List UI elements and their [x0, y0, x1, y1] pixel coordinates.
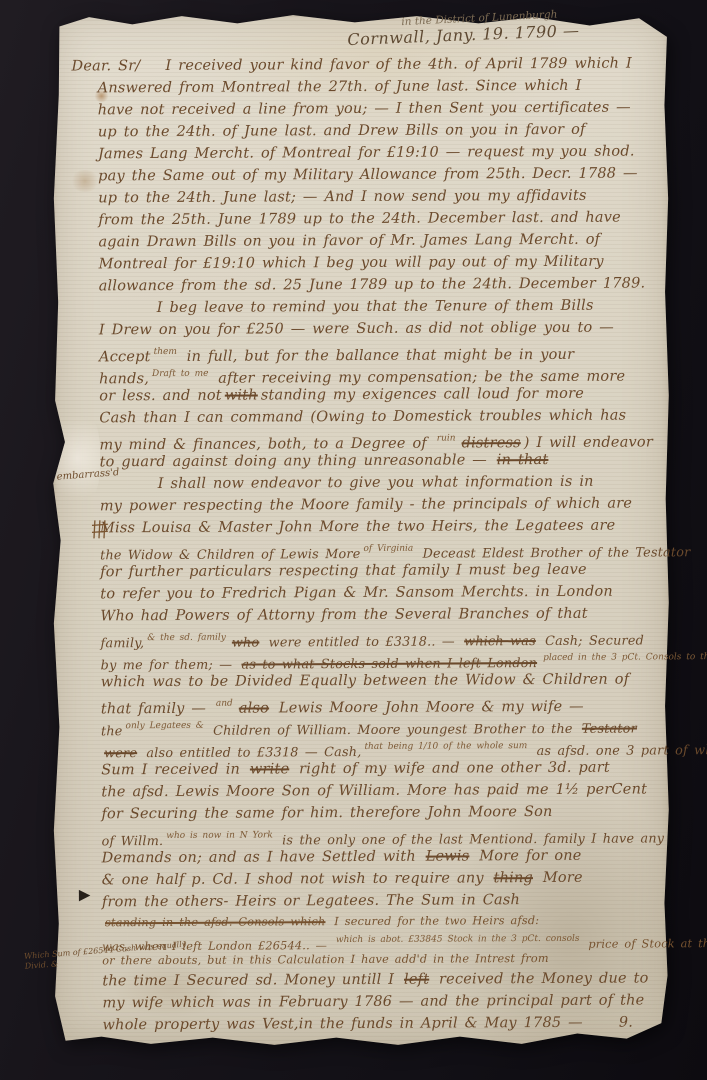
letter-line: or less. and notwithstanding my exigence…: [99, 382, 684, 407]
letter-line: again Drawn Bills on you in favor of Mr.…: [98, 228, 683, 253]
letter-line: from the others- Heirs or Legatees. The …: [102, 888, 687, 913]
letter-line: hands,Draft to me after receiving my com…: [99, 360, 684, 385]
letter-text: & one half p. Cd. I shod not wish to req…: [102, 870, 491, 888]
letter-line: Sum I received in write right of my wife…: [101, 756, 686, 781]
interlined-text: who is now in N York: [166, 830, 273, 841]
letter-text: for further particulars respecting that …: [100, 562, 587, 581]
letter-text: the afsd. Lewis Moore Son of William. Mo…: [101, 781, 647, 800]
letter-line: for further particulars respecting that …: [100, 558, 685, 583]
letter-line: Miss Louisa & Master John More the two H…: [100, 514, 685, 539]
letter-line: my wife which was in February 1786 — and…: [102, 989, 687, 1014]
letter-line: Answered from Montreal the 27th. of June…: [98, 74, 683, 99]
letter-text: again Drawn Bills on you in favor of Mr.…: [98, 232, 600, 251]
letter-text: from the others- Heirs or Legatees. The …: [102, 892, 520, 910]
letter-text: Montreal for £19:10 which I beg you will…: [99, 254, 604, 273]
triangle-marker-icon: ▶: [79, 885, 91, 903]
letter-text: More: [536, 870, 583, 886]
struck-text: Lewis: [426, 848, 470, 864]
letter-line: Montreal for £19:10 which I beg you will…: [98, 250, 683, 275]
letter-text: Who had Powers of Attorny from the Sever…: [100, 606, 587, 625]
letter-line: Acceptthem in full, but for the ballance…: [99, 338, 684, 363]
letter-text: James Lang Mercht. of Montreal for £19:1…: [98, 144, 635, 163]
letter-line: the time I Secured sd. Money untill I le…: [102, 967, 687, 992]
letter-text: I shall now endeavor to give you what in…: [158, 474, 594, 492]
letter-text: received the Money due to: [432, 970, 648, 987]
letter-text: standing my exigences call loud for more: [261, 386, 584, 404]
letter-line: my mind & finances, both, to a Degree of…: [99, 426, 684, 451]
letter-line: allowance from the sd. 25 June 1789 up t…: [99, 272, 684, 297]
letter-line: James Lang Mercht. of Montreal for £19:1…: [98, 140, 683, 165]
handwriting-layer: in the District of Lunenburgh Cornwall, …: [0, 0, 707, 1080]
struck-text: left: [404, 972, 429, 988]
interlined-text: & the sd. family: [147, 633, 226, 643]
interlined-text: Draft to me: [152, 369, 209, 379]
letter-line: which was to be Divided Equally between …: [101, 668, 686, 693]
letter-line: Cash than I can command (Owing to Domest…: [99, 404, 684, 429]
letter-line: up to the 24th. June last; — And I now s…: [98, 184, 683, 209]
struck-text: in that: [497, 452, 549, 468]
letter-text: from the 25th. June 1789 up to the 24th.…: [98, 210, 621, 229]
interlined-text: them: [154, 347, 177, 357]
interlined-text: which is abot. £33845 Stock in the 3 pCt…: [336, 934, 580, 945]
letter-text: I Drew on you for £250 — were Such. as d…: [99, 320, 614, 339]
letter-text: Answered from Montreal the 27th. of June…: [98, 78, 582, 97]
letter-text: to guard against doing any thing unreaso…: [100, 452, 494, 470]
struck-text: thing: [494, 870, 534, 886]
letter-text: I received your kind favor of the 4th. o…: [165, 56, 631, 74]
interlined-text: and: [216, 699, 233, 709]
letter-line: theonly Legatees & Children of William. …: [101, 712, 686, 737]
letter-line: I shall now endeavor to give you what in…: [100, 470, 685, 495]
letter-lines: Dear. Sr/I received your kind favor of t…: [97, 52, 687, 1036]
interlined-text: only Legatees &: [126, 721, 204, 731]
letter-text: 9.: [619, 1015, 633, 1031]
letter-line: were also entitled to £3318 — Cash,that …: [101, 734, 686, 759]
letter-text: my wife which was in February 1786 — and…: [102, 992, 644, 1011]
letter-text: right of my wife and one other 3d. part: [292, 760, 610, 778]
letter-line: up to the 24th. of June last. and Drew B…: [98, 118, 683, 143]
interlined-text: that being 1/10 of the whole sum: [364, 741, 527, 752]
letter-text: I beg leave to remind you that the Tenur…: [157, 298, 594, 316]
letter-text: Miss Louisa & Master John More the two H…: [100, 518, 615, 537]
struck-text: standing in the afsd. Consols which: [105, 915, 326, 929]
letter-line: whole property was Vest,in the funds in …: [102, 1011, 687, 1036]
letter-line: of Willm.who is now in N York is the onl…: [101, 822, 686, 847]
letter-line: from the 25th. June 1789 up to the 24th.…: [98, 206, 683, 231]
letter-line: pay the Same out of my Military Allowanc…: [98, 162, 683, 187]
letter-text: the time I Secured sd. Money untill I: [102, 972, 401, 990]
letter-text: whole property was Vest,in the funds in …: [102, 1015, 582, 1034]
letter-text: I secured for the two Heirs afsd:: [328, 914, 539, 928]
letter-text: for Securing the same for him. therefore…: [101, 804, 552, 822]
letter-text: my power respecting the Moore family - t…: [100, 496, 632, 515]
letter-line: Who had Powers of Attorny from the Sever…: [100, 602, 685, 627]
letter-text: up to the 24th. June last; — And I now s…: [98, 188, 587, 207]
interlined-text: ruin: [437, 433, 456, 443]
letter-text: Cash than I can command (Owing to Domest…: [99, 408, 626, 427]
letter-line: I beg leave to remind you that the Tenur…: [99, 294, 684, 319]
letter-line: for Securing the same for him. therefore…: [101, 800, 686, 825]
letter-line: my power respecting the Moore family - t…: [100, 492, 685, 517]
letter-text: Demands on; and as I have Settled with: [102, 849, 423, 867]
letter-text: up to the 24th. of June last. and Drew B…: [98, 122, 586, 141]
letter-line: I Drew on you for £250 — were Such. as d…: [99, 316, 684, 341]
letter-text: More for one: [472, 848, 581, 865]
letter-text: have not received a line from you; — I t…: [98, 100, 631, 119]
interlined-text: of Virginia: [363, 544, 413, 554]
letter-line: that family — andalso Lewis Moore John M…: [101, 690, 686, 715]
letter-text: pay the Same out of my Military Allowanc…: [98, 166, 638, 185]
struck-text: with: [225, 387, 258, 403]
letter-line: the afsd. Lewis Moore Son of William. Mo…: [101, 778, 686, 803]
letter-text: to refer you to Fredrich Pigan & Mr. San…: [100, 584, 613, 603]
letter-text: or less. and not: [99, 388, 222, 405]
letter-text: Dear. Sr/: [71, 55, 165, 77]
letter-line: by me for them; — as to what Stocks sold…: [101, 646, 686, 671]
hash-grid-mark-icon: [92, 519, 108, 543]
letter-text: allowance from the sd. 25 June 1789 up t…: [99, 275, 646, 294]
letter-line: Demands on; and as I have Settled with L…: [102, 844, 687, 869]
letter-line: & one half p. Cd. I shod not wish to req…: [102, 866, 687, 891]
letter-line: to guard against doing any thing unreaso…: [100, 448, 685, 473]
dateline: Cornwall, Jany. 19. 1790 —: [347, 21, 580, 49]
letter-line: the Widow & Children of Lewis Moreof Vir…: [100, 536, 685, 561]
letter-text: price of Stock at that time 72½: [582, 937, 707, 951]
letter-text: Sum I received in: [101, 762, 247, 779]
interlined-text: placed in the 3 pCt. Consols to the aggr…: [543, 652, 707, 663]
struck-text: write: [250, 761, 289, 777]
letter-text: which was to be Divided Equally between …: [101, 672, 630, 691]
letter-line: Dear. Sr/I received your kind favor of t…: [71, 52, 682, 77]
letter-line: family,& the sd. familywho were entitled…: [100, 624, 685, 649]
letter-line: have not received a line from you; — I t…: [98, 96, 683, 121]
letter-line: to refer you to Fredrich Pigan & Mr. San…: [100, 580, 685, 605]
manuscript-photo: in the District of Lunenburgh Cornwall, …: [0, 0, 707, 1080]
